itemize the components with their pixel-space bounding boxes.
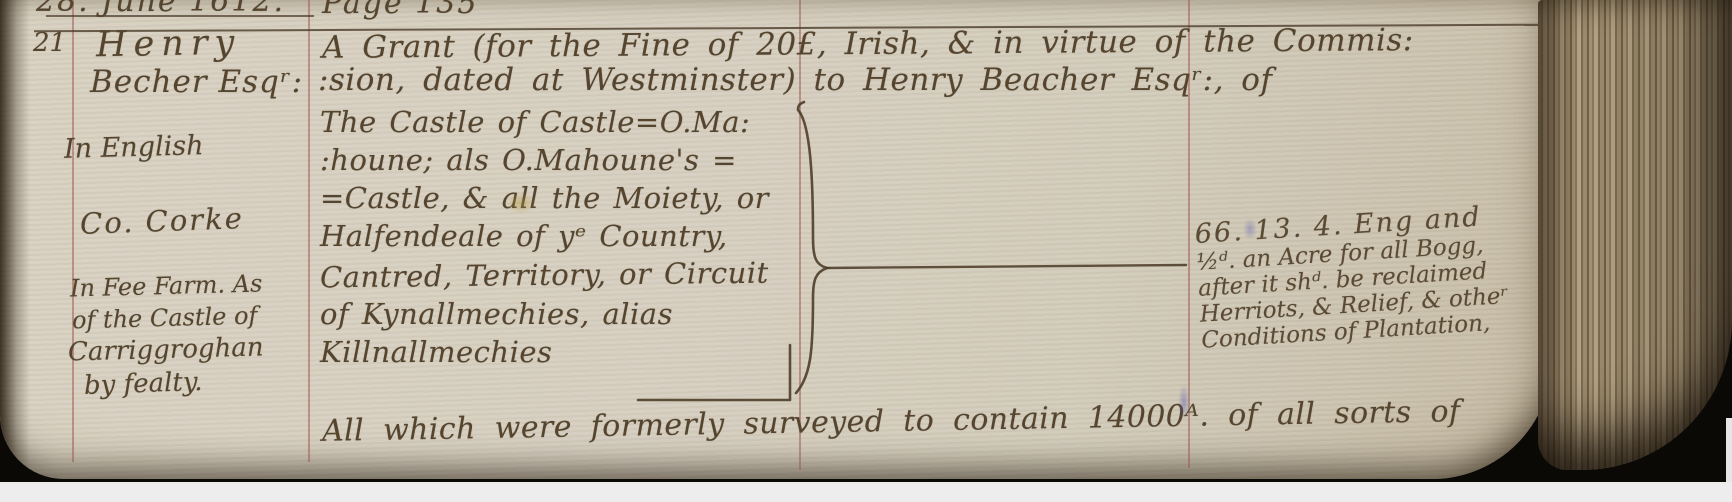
header-page-number: Page 135 bbox=[322, 0, 478, 20]
margin-note-tenure-2: of the Castle of bbox=[72, 304, 258, 334]
screenshot-stage: 28. June 1612. Page 135 21 Henry Becher … bbox=[0, 0, 1732, 502]
header-date: 28. June 1612. bbox=[36, 0, 285, 18]
brace-connector-drawing bbox=[600, 88, 1250, 418]
column-rule-1 bbox=[72, 0, 74, 462]
paper-stain bbox=[506, 192, 536, 214]
gutter-shadow bbox=[0, 0, 30, 479]
entry-number: 21 bbox=[33, 30, 66, 57]
margin-note-tenure-1: In Fee Farm. As bbox=[70, 271, 263, 301]
margin-note-county: Co. Corke bbox=[80, 203, 245, 239]
premises-line: Killnallmechies bbox=[320, 337, 552, 367]
scanner-background bbox=[0, 482, 1732, 502]
margin-note-tenure-3: Carriggroghan bbox=[68, 334, 264, 366]
frame-edge bbox=[1726, 418, 1732, 482]
book-fore-edge bbox=[1538, 0, 1732, 470]
ink-smudge bbox=[1178, 384, 1190, 420]
ink-smudge bbox=[1243, 218, 1257, 240]
margin-note-language: In English bbox=[64, 132, 204, 164]
grantee-name-line-1: Henry bbox=[96, 25, 242, 64]
column-rule-2 bbox=[308, 0, 310, 462]
manuscript-page: 28. June 1612. Page 135 21 Henry Becher … bbox=[0, 0, 1552, 479]
grant-intro-line-1: A Grant (for the Fine of 20£, Irish, & i… bbox=[322, 24, 1414, 64]
grantee-name-line-2: Becher Esqʳ: bbox=[90, 66, 303, 99]
margin-note-tenure-4: by fealty. bbox=[84, 369, 203, 400]
